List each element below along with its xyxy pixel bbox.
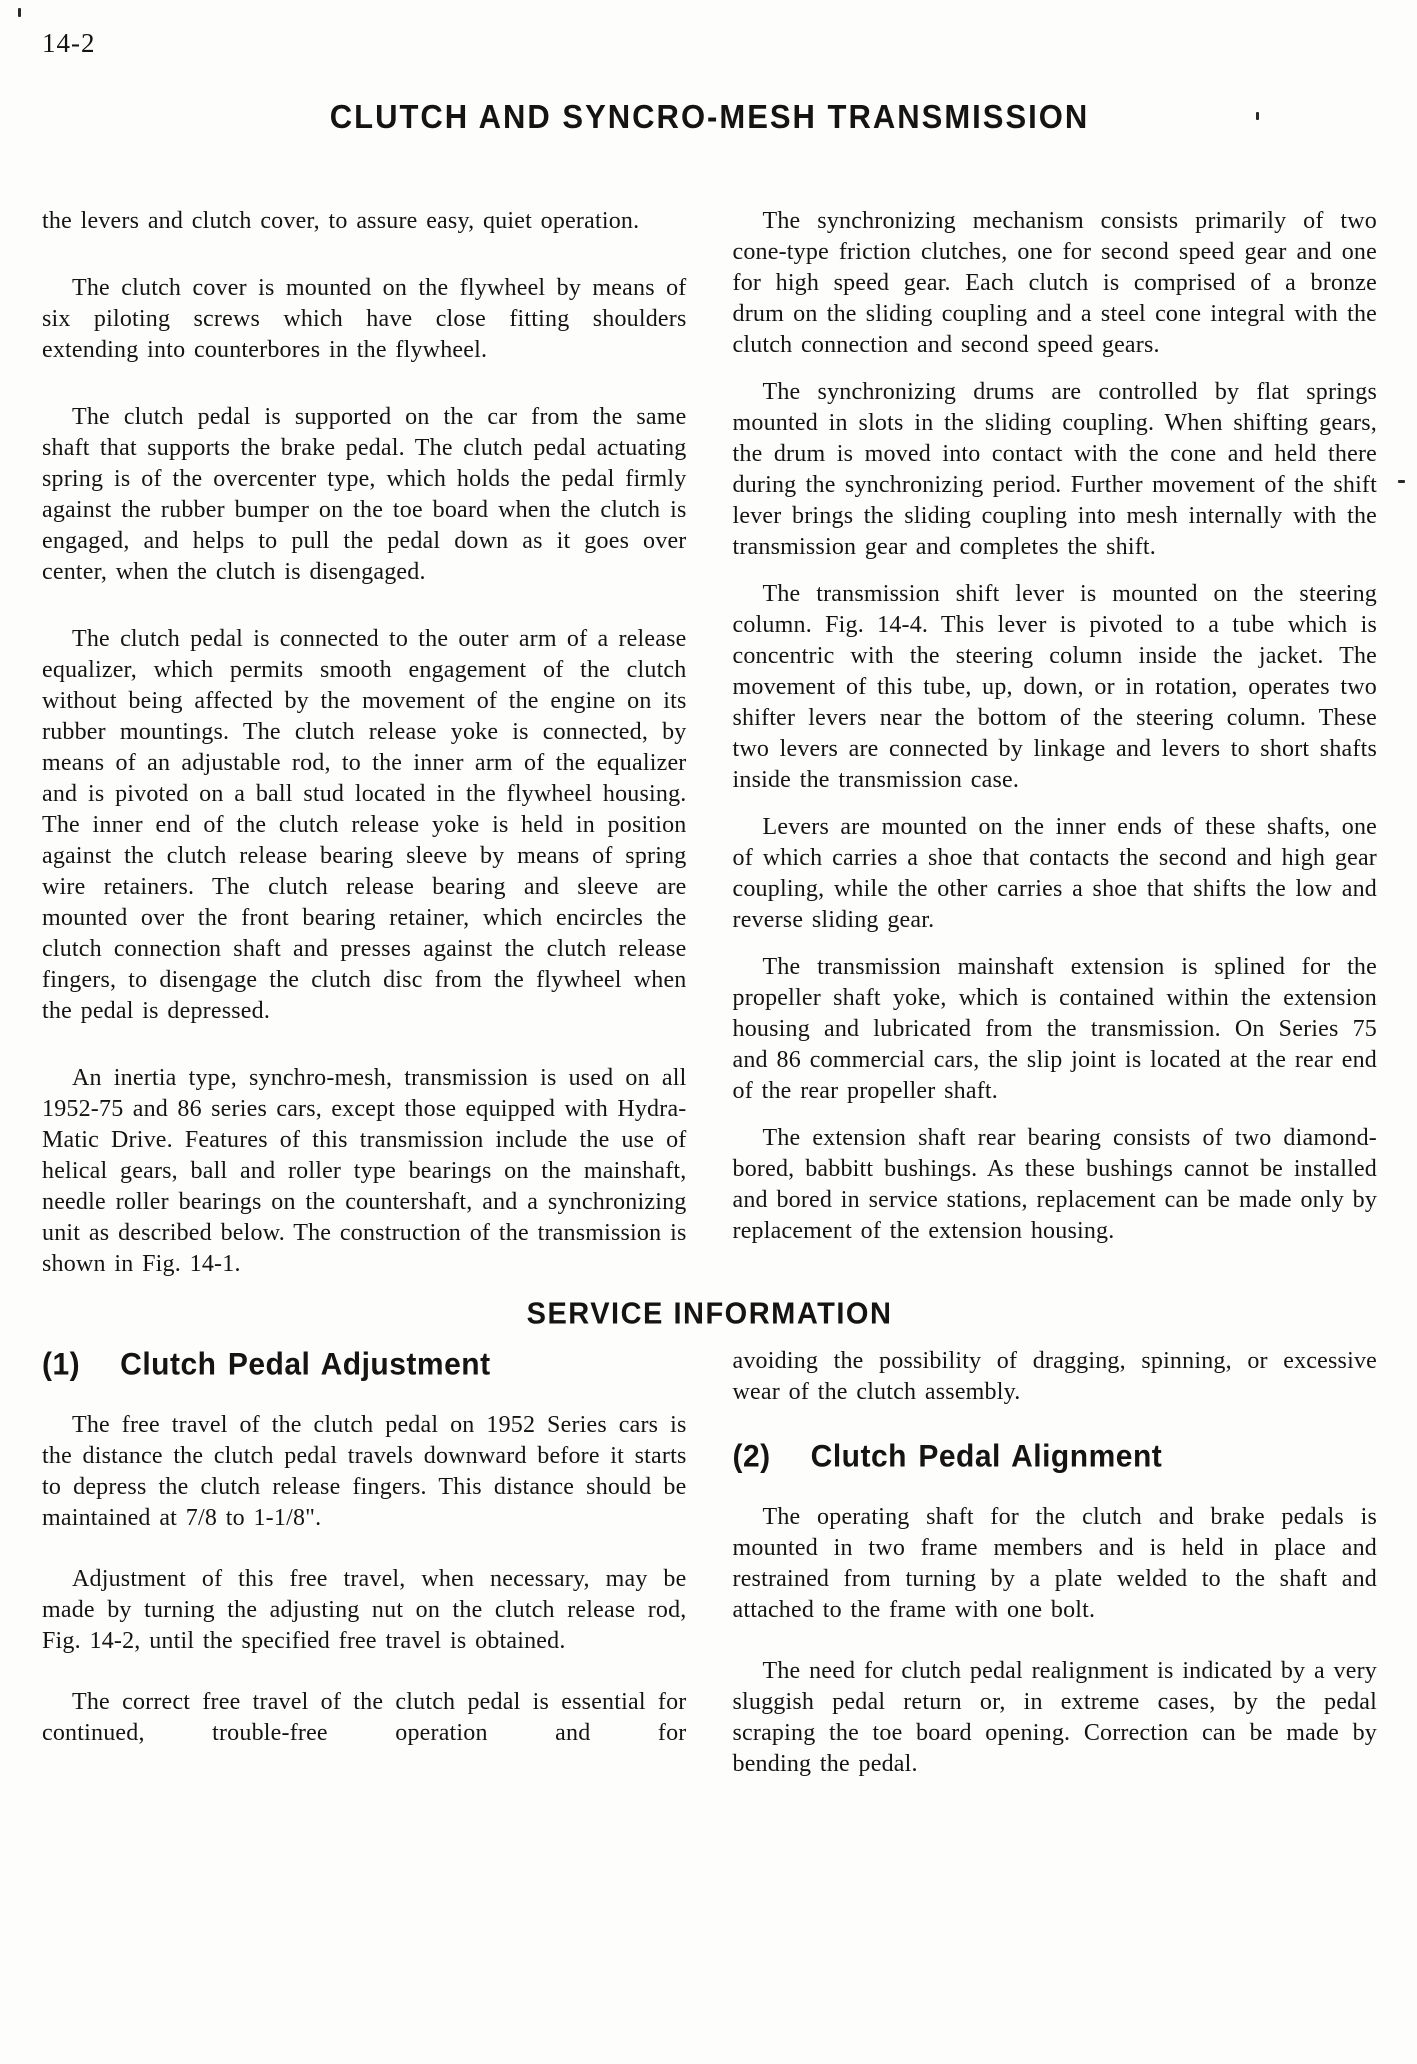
body-paragraph: The free travel of the clutch pedal on 1… [42,1410,687,1534]
page-title: CLUTCH AND SYNCRO-MESH TRANSMISSION [42,96,1377,137]
top-left-column: the levers and clutch cover, to assure e… [42,206,687,1280]
bottom-left-column: (1)Clutch Pedal Adjustment The free trav… [42,1346,687,1780]
body-paragraph: The synchronizing drums are controlled b… [733,377,1378,563]
body-paragraph: The need for clutch pedal realignment is… [733,1656,1378,1780]
service-information-heading: SERVICE INFORMATION [42,1295,1377,1333]
body-paragraph: The synchronizing mechanism consists pri… [733,206,1378,361]
top-two-column-block: the levers and clutch cover, to assure e… [42,206,1377,1280]
body-paragraph: The clutch pedal is connected to the out… [42,624,687,1027]
section-1-heading: (1)Clutch Pedal Adjustment [42,1345,687,1385]
page-number: 14-2 [42,26,1377,60]
scan-artifact [1256,112,1259,120]
section-1-title: Clutch Pedal Adjustment [120,1347,490,1382]
body-paragraph: Levers are mounted on the inner ends of … [733,812,1378,936]
body-paragraph: An inertia type, synchro-mesh, transmiss… [42,1063,687,1280]
section-2-title: Clutch Pedal Alignment [811,1439,1163,1474]
body-paragraph: The extension shaft rear bearing consist… [733,1123,1378,1247]
body-paragraph: The clutch cover is mounted on the flywh… [42,273,687,366]
scan-artifact [1398,480,1405,483]
body-paragraph: The operating shaft for the clutch and b… [733,1502,1378,1626]
manual-page: 14-2 CLUTCH AND SYNCRO-MESH TRANSMISSION… [0,0,1417,2064]
continuation-paragraph: avoiding the possibility of dragging, sp… [733,1346,1378,1408]
body-paragraph: The transmission shift lever is mounted … [733,579,1378,796]
section-2-heading: (2)Clutch Pedal Alignment [733,1437,1378,1477]
body-paragraph: the levers and clutch cover, to assure e… [42,206,687,237]
section-2-number: (2) [733,1437,771,1477]
body-paragraph: The transmission mainshaft extension is … [733,952,1378,1107]
body-paragraph: The correct free travel of the clutch pe… [42,1687,687,1749]
bottom-two-column-block: (1)Clutch Pedal Adjustment The free trav… [42,1346,1377,1780]
scan-artifact [18,8,21,17]
section-1-number: (1) [42,1345,80,1385]
body-paragraph: The clutch pedal is supported on the car… [42,402,687,588]
scan-artifact [380,1169,384,1173]
bottom-right-column: avoiding the possibility of dragging, sp… [733,1346,1378,1780]
body-paragraph: Adjustment of this free travel, when nec… [42,1564,687,1657]
top-right-column: The synchronizing mechanism consists pri… [733,206,1378,1280]
